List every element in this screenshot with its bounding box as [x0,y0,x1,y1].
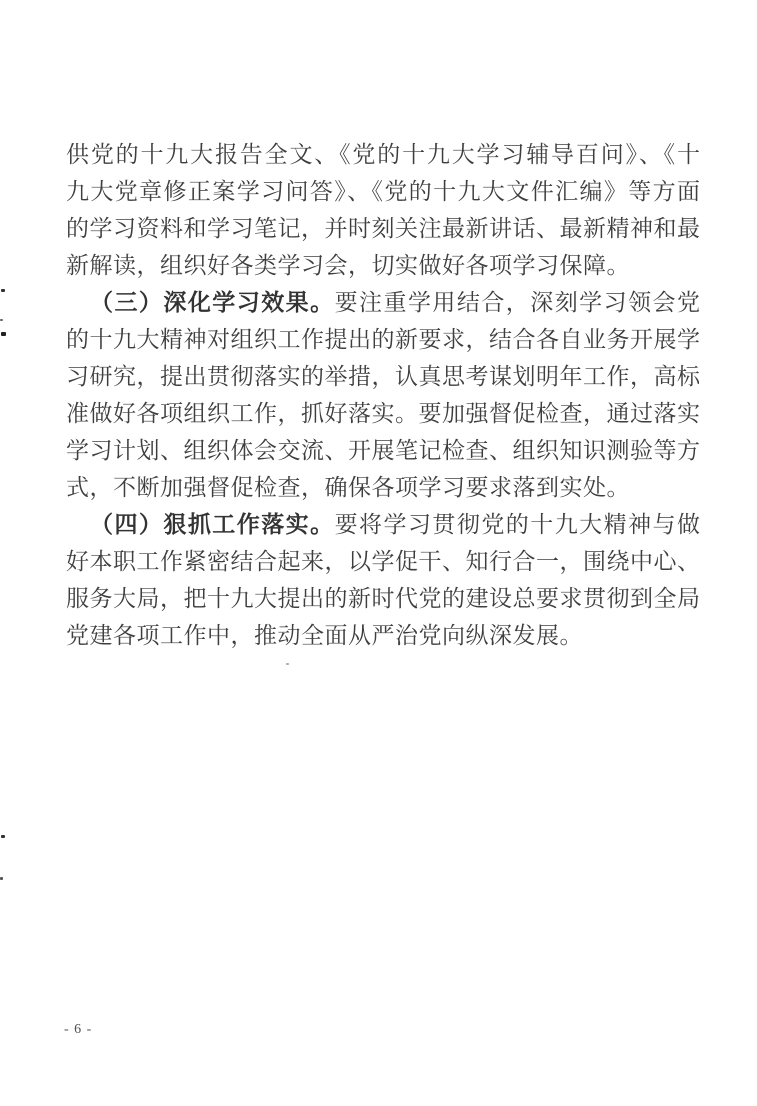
text-line: 习研究，提出贯彻落实的举措，认真思考谋划明年工作，高标 [66,358,700,395]
body-text: 习研究，提出贯彻落实的举措，认真思考谋划明年工作，高标 [66,364,700,389]
body-text: 式，不断加强督促检查，确保各项学习要求落到实处。 [66,475,630,500]
document-body: 供党的十九大报告全文、《党的十九大学习辅导百问》、《十九大党章修正案学习问答》、… [66,136,700,654]
page-number: - 6 - [64,1022,92,1038]
scan-artifact-speck [0,319,3,321]
text-line: 学习计划、组织体会交流、开展笔记检查、组织知识测验等方 [66,432,700,469]
body-text: 新解读，组织好各类学习会，切实做好各项学习保障。 [66,253,630,278]
text-line: 式，不断加强督促检查，确保各项学习要求落到实处。 [66,469,700,506]
text-line: 的学习资料和学习笔记，并时刻关注最新讲话、最新精神和最 [66,210,700,247]
text-line: 好本职工作紧密结合起来，以学促干、知行合一，围绕中心、 [66,543,700,580]
section-heading-text: （四）狠抓工作落实。 [90,512,335,537]
scan-artifact-speck [286,663,289,665]
text-line: 准做好各项组织工作，抓好落实。要加强督促检查，通过落实 [66,395,700,432]
text-line: 供党的十九大报告全文、《党的十九大学习辅导百问》、《十 [66,136,700,173]
text-line: 的十九大精神对组织工作提出的新要求，结合各自业务开展学 [66,321,700,358]
body-text: 党建各项工作中，推动全面从严治党向纵深发展。 [66,623,583,648]
scan-artifact-speck [1,289,5,292]
text-line: （四）狠抓工作落实。要将学习贯彻党的十九大精神与做 [66,506,700,543]
body-text: 好本职工作紧密结合起来，以学促干、知行合一，围绕中心、 [66,549,700,574]
scanned-document-page: 供党的十九大报告全文、《党的十九大学习辅导百问》、《十九大党章修正案学习问答》、… [0,0,757,1106]
body-text: 的十九大精神对组织工作提出的新要求，结合各自业务开展学 [66,327,700,352]
section-heading-text: （三）深化学习效果。 [90,290,335,315]
body-text: 要将学习贯彻党的十九大精神与做 [335,512,700,537]
body-text: 准做好各项组织工作，抓好落实。要加强督促检查，通过落实 [66,401,700,426]
scan-artifact-speck [1,332,6,336]
body-text: 服务大局，把十九大提出的新时代党的建设总要求贯彻到全局 [66,586,700,611]
text-line: 党建各项工作中，推动全面从严治党向纵深发展。 [66,617,700,654]
body-text: 九大党章修正案学习问答》、《党的十九大文件汇编》等方面 [66,179,700,204]
body-text: 的学习资料和学习笔记，并时刻关注最新讲话、最新精神和最 [66,216,700,241]
text-line: 九大党章修正案学习问答》、《党的十九大文件汇编》等方面 [66,173,700,210]
text-line: 服务大局，把十九大提出的新时代党的建设总要求贯彻到全局 [66,580,700,617]
text-line: （三）深化学习效果。要注重学用结合，深刻学习领会党 [66,284,700,321]
text-line: 新解读，组织好各类学习会，切实做好各项学习保障。 [66,247,700,284]
body-text: 学习计划、组织体会交流、开展笔记检查、组织知识测验等方 [66,438,700,463]
scan-artifact-speck [1,835,5,838]
body-text: 要注重学用结合，深刻学习领会党 [335,290,700,315]
body-text: 供党的十九大报告全文、《党的十九大学习辅导百问》、《十 [66,142,700,167]
scan-artifact-speck [0,877,3,880]
